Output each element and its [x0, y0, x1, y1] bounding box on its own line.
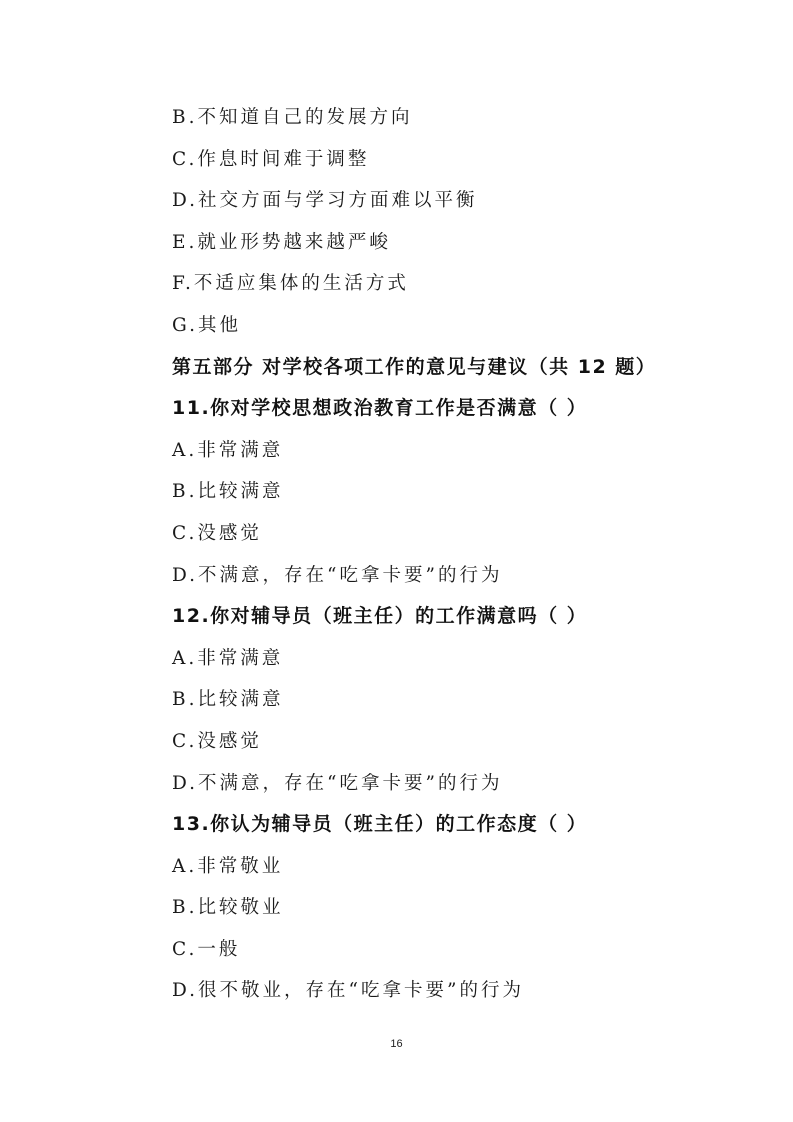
- question-11: 11.你对学校思想政治教育工作是否满意（ ）: [172, 388, 692, 430]
- section-heading: 第五部分 对学校各项工作的意见与建议（共 12 题）: [172, 347, 692, 389]
- option-line: A.非常满意: [172, 430, 692, 472]
- page-content: B.不知道自己的发展方向 C.作息时间难于调整 D.社交方面与学习方面难以平衡 …: [172, 97, 692, 1012]
- option-line: C.一般: [172, 929, 692, 971]
- option-line: A.非常满意: [172, 638, 692, 680]
- question-13: 13.你认为辅导员（班主任）的工作态度（ ）: [172, 804, 692, 846]
- option-line: D.不满意，存在“吃拿卡要”的行为: [172, 763, 692, 805]
- option-line: B.比较满意: [172, 471, 692, 513]
- option-line: E.就业形势越来越严峻: [172, 222, 692, 264]
- option-line: C.没感觉: [172, 513, 692, 555]
- option-line: F.不适应集体的生活方式: [172, 263, 692, 305]
- question-12: 12.你对辅导员（班主任）的工作满意吗（ ）: [172, 596, 692, 638]
- document-page: B.不知道自己的发展方向 C.作息时间难于调整 D.社交方面与学习方面难以平衡 …: [0, 0, 793, 1122]
- option-line: A.非常敬业: [172, 846, 692, 888]
- option-line: C.作息时间难于调整: [172, 139, 692, 181]
- option-line: D.社交方面与学习方面难以平衡: [172, 180, 692, 222]
- option-line: D.不满意，存在“吃拿卡要”的行为: [172, 555, 692, 597]
- option-line: D.很不敬业，存在“吃拿卡要”的行为: [172, 970, 692, 1012]
- page-number: 16: [0, 1038, 793, 1050]
- option-line: B.比较敬业: [172, 887, 692, 929]
- option-line: C.没感觉: [172, 721, 692, 763]
- option-line: G.其他: [172, 305, 692, 347]
- option-line: B.不知道自己的发展方向: [172, 97, 692, 139]
- option-line: B.比较满意: [172, 679, 692, 721]
